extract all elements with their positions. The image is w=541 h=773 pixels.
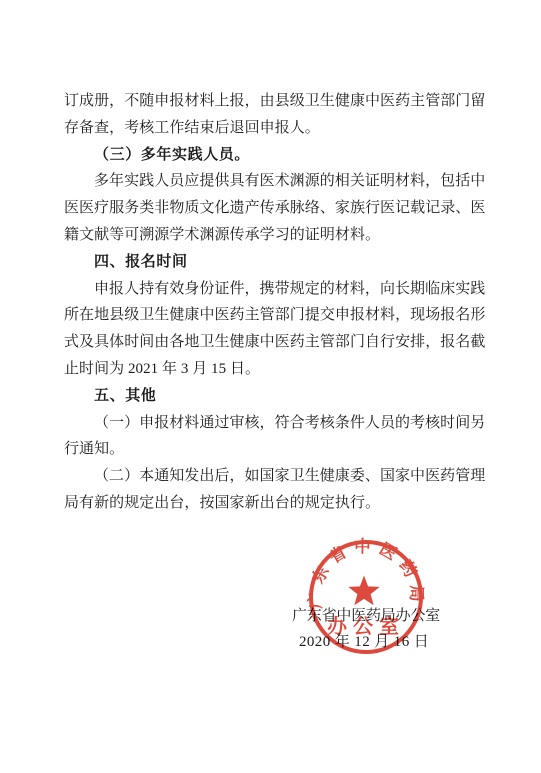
document-page: 订成册，不随申报材料上报，由县级卫生健康中医药主管部门留存备查，考核工作结束后退…: [0, 0, 541, 773]
text-line: 申报人持有效身份证件，携带规定的材料，向长期临床实践: [64, 276, 488, 303]
text-line: （二）本通知发出后，如国家卫生健康委、国家中医药管理: [64, 463, 488, 490]
star-icon: [348, 576, 379, 606]
text-line: 订成册，不随申报材料上报，由县级卫生健康中医药主管部门留: [64, 88, 488, 115]
text-line: 局有新的规定出台，按国家新出台的规定执行。: [64, 490, 488, 517]
text-line: 止时间为 2021 年 3 月 15 日。: [64, 356, 488, 383]
heading-line: （三）多年实践人员。: [64, 142, 488, 169]
text-line: 医医疗服务类非物质文化遗产传承脉络、家族行医记载记录、医: [64, 195, 488, 222]
text-line: （一）申报材料通过审核，符合考核条件人员的考核时间另: [64, 410, 488, 437]
text-line: 多年实践人员应提供具有医术渊源的相关证明材料，包括中: [64, 168, 488, 195]
seal-arc-text: 广东省中医药局: [305, 536, 426, 609]
text-line: 籍文献等可溯源学术渊源传承学习的证明材料。: [64, 222, 488, 249]
text-line: 行通知。: [64, 436, 488, 463]
text-line: 存备查，考核工作结束后退回申报人。: [64, 115, 488, 142]
heading-line: 五、其他: [64, 383, 488, 410]
heading-line: 四、报名时间: [64, 249, 488, 276]
text-line: 式及具体时间由各地卫生健康中医药主管部门自行安排，报名截: [64, 329, 488, 356]
text-line: 所在地县级卫生健康中医药主管部门提交申报材料，现场报名形: [64, 302, 488, 329]
signature: 广东省中医药局办公室: [292, 604, 440, 625]
document-date: 2020 年 12 月 16 日: [299, 630, 429, 651]
document-body: 订成册，不随申报材料上报，由县级卫生健康中医药主管部门留存备查，考核工作结束后退…: [64, 88, 488, 517]
